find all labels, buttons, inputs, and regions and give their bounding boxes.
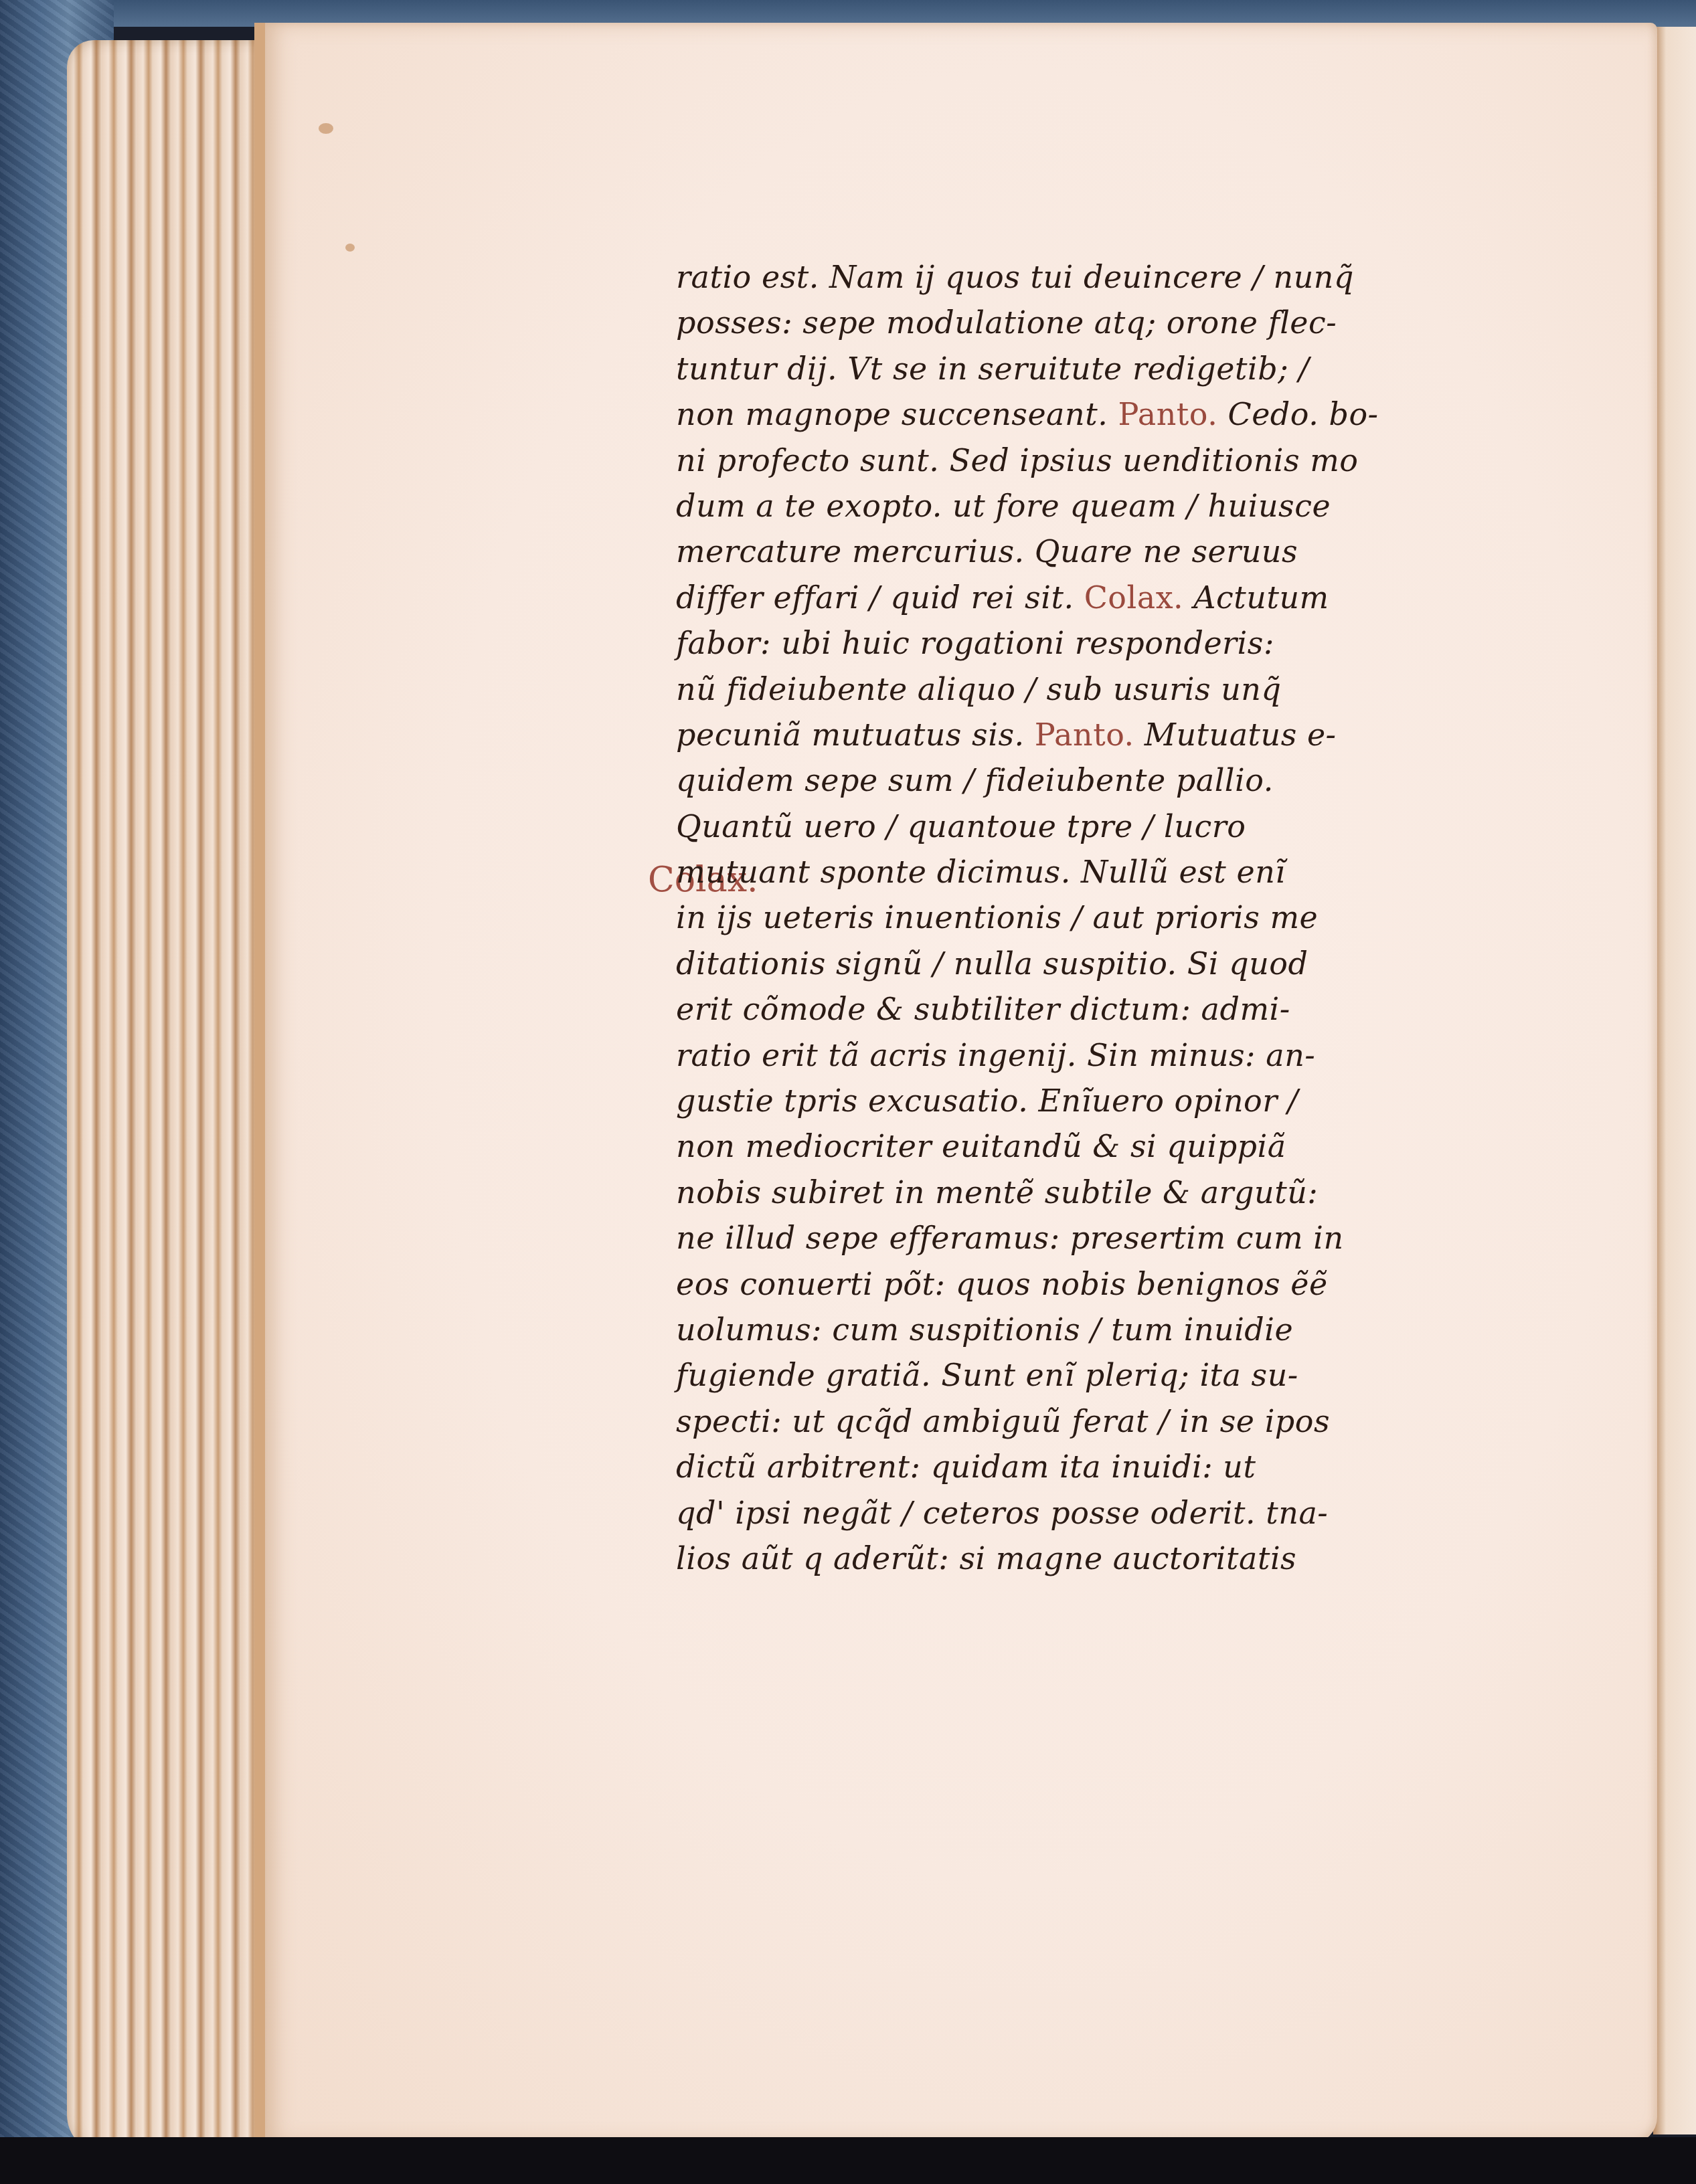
text-line-continuation: Cedo. bo- — [1217, 396, 1378, 432]
text-line: lios aũt q aderũt: si magne auctoritatis — [676, 1536, 1533, 1581]
text-line-body: mercature mercurius. Quare ne seruus — [676, 533, 1298, 569]
book-cover-bottom — [0, 2137, 1696, 2184]
text-line-body: ne illud sepe efferamus: presertim cum i… — [676, 1220, 1344, 1256]
text-line-body: ditationis signũ / nulla suspitio. Si qu… — [676, 945, 1308, 982]
text-line: ni profecto sunt. Sed ipsius uenditionis… — [676, 438, 1533, 483]
text-line: in ijs ueteris inuentionis / aut prioris… — [676, 895, 1533, 940]
text-line: pecuniã mutuatus sis. Panto. Mutuatus e- — [676, 712, 1533, 757]
text-line-body: non mediocriter euitandũ & si quippiã — [676, 1128, 1286, 1164]
text-line: specti: ut qcq̃d ambiguũ ferat / in se i… — [676, 1398, 1533, 1444]
speaker-rubric: Panto. — [1035, 717, 1134, 753]
stain-spot — [319, 123, 333, 134]
text-line-body: qd' ipsi negãt / ceteros posse oderit. t… — [676, 1495, 1328, 1531]
text-line: erit cõmode & subtiliter dictum: admi- — [676, 986, 1533, 1032]
text-line-body: nobis subiret in mentẽ subtile & argutũ: — [676, 1174, 1318, 1210]
text-line: dum a te exopto. ut fore queam / huiusce — [676, 483, 1533, 529]
text-line-body: dictũ arbitrent: quidam ita inuidi: ut — [676, 1449, 1256, 1485]
text-line-body: ni profecto sunt. Sed ipsius uenditionis… — [676, 442, 1359, 478]
text-line: uolumus: cum suspitionis / tum inuidie — [676, 1307, 1533, 1352]
text-line: non mediocriter euitandũ & si quippiã — [676, 1123, 1533, 1169]
text-line-body: tuntur dij. Vt se in seruitute redigetib… — [676, 351, 1309, 387]
text-line: quidem sepe sum / fideiubente pallio. — [676, 757, 1533, 803]
page-edges-stack — [67, 40, 274, 2155]
text-line-body: specti: ut qcq̃d ambiguũ ferat / in se i… — [676, 1403, 1330, 1439]
text-line: mercature mercurius. Quare ne seruus — [676, 529, 1533, 574]
text-line-body: dum a te exopto. ut fore queam / huiusce — [676, 488, 1331, 524]
text-line-body: erit cõmode & subtiliter dictum: admi- — [676, 991, 1290, 1027]
text-line-body: differ effari / quid rei sit. — [676, 579, 1084, 616]
text-line: Quantũ uero / quantoue tpre / lucro — [676, 804, 1533, 849]
text-line: ditationis signũ / nulla suspitio. Si qu… — [676, 941, 1533, 986]
text-line: nobis subiret in mentẽ subtile & argutũ: — [676, 1170, 1533, 1215]
text-line: ratio est. Nam ij quos tui deuincere / n… — [676, 254, 1533, 300]
text-line: fugiende gratiã. Sunt enĩ pleriq; ita su… — [676, 1352, 1533, 1398]
text-line-body: ratio erit tã acris ingenij. Sin minus: … — [676, 1037, 1315, 1073]
stain-spot — [345, 244, 355, 252]
text-line-body: fabor: ubi huic rogationi responderis: — [676, 625, 1274, 661]
text-line: fabor: ubi huic rogationi responderis: — [676, 620, 1533, 666]
text-line-body: quidem sepe sum / fideiubente pallio. — [676, 762, 1274, 798]
speaker-rubric: Panto. — [1118, 396, 1217, 432]
text-line-body: nũ fideiubente aliquo / sub usuris unq̃ — [676, 671, 1281, 707]
text-line: gustie tpris excusatio. Enĩuero opinor / — [676, 1078, 1533, 1123]
text-line-body: pecuniã mutuatus sis. — [676, 717, 1035, 753]
text-line-body: uolumus: cum suspitionis / tum inuidie — [676, 1311, 1293, 1348]
text-line: qd' ipsi negãt / ceteros posse oderit. t… — [676, 1490, 1533, 1536]
text-line-body: lios aũt q aderũt: si magne auctoritatis — [676, 1540, 1296, 1576]
text-line: eos conuerti põt: quos nobis benignos ẽẽ — [676, 1261, 1533, 1307]
facing-page-edge — [1653, 27, 1696, 2134]
text-line-body: ratio est. Nam ij quos tui deuincere / n… — [676, 259, 1354, 295]
text-line-body: non magnope succenseant. — [676, 396, 1118, 432]
text-line: ne illud sepe efferamus: presertim cum i… — [676, 1215, 1533, 1261]
text-line-body: mutuant sponte dicimus. Nullũ est enĩ — [676, 854, 1286, 890]
text-line-body: in ijs ueteris inuentionis / aut prioris… — [676, 899, 1318, 935]
manuscript-text-block: ratio est. Nam ij quos tui deuincere / n… — [676, 254, 1533, 1581]
text-line-body: Quantũ uero / quantoue tpre / lucro — [676, 808, 1246, 844]
text-line: non magnope succenseant. Panto. Cedo. bo… — [676, 391, 1533, 437]
text-line-body: posses: sepe modulatione atq; orone flec… — [676, 304, 1337, 341]
text-line: posses: sepe modulatione atq; orone flec… — [676, 300, 1533, 345]
text-line: dictũ arbitrent: quidam ita inuidi: ut — [676, 1444, 1533, 1489]
text-line-body: eos conuerti põt: quos nobis benignos ẽẽ — [676, 1266, 1328, 1302]
text-line-body: gustie tpris excusatio. Enĩuero opinor / — [676, 1083, 1298, 1119]
text-line-continuation: Actutum — [1183, 579, 1329, 616]
speaker-rubric: Colax. — [1084, 579, 1184, 616]
text-line: tuntur dij. Vt se in seruitute redigetib… — [676, 346, 1533, 391]
text-line: mutuant sponte dicimus. Nullũ est enĩ — [676, 849, 1533, 895]
text-line: ratio erit tã acris ingenij. Sin minus: … — [676, 1032, 1533, 1078]
text-line-body: fugiende gratiã. Sunt enĩ pleriq; ita su… — [676, 1357, 1298, 1393]
text-line-continuation: Mutuatus e- — [1134, 717, 1337, 753]
text-line: differ effari / quid rei sit. Colax. Act… — [676, 575, 1533, 620]
text-line: nũ fideiubente aliquo / sub usuris unq̃ — [676, 666, 1533, 712]
